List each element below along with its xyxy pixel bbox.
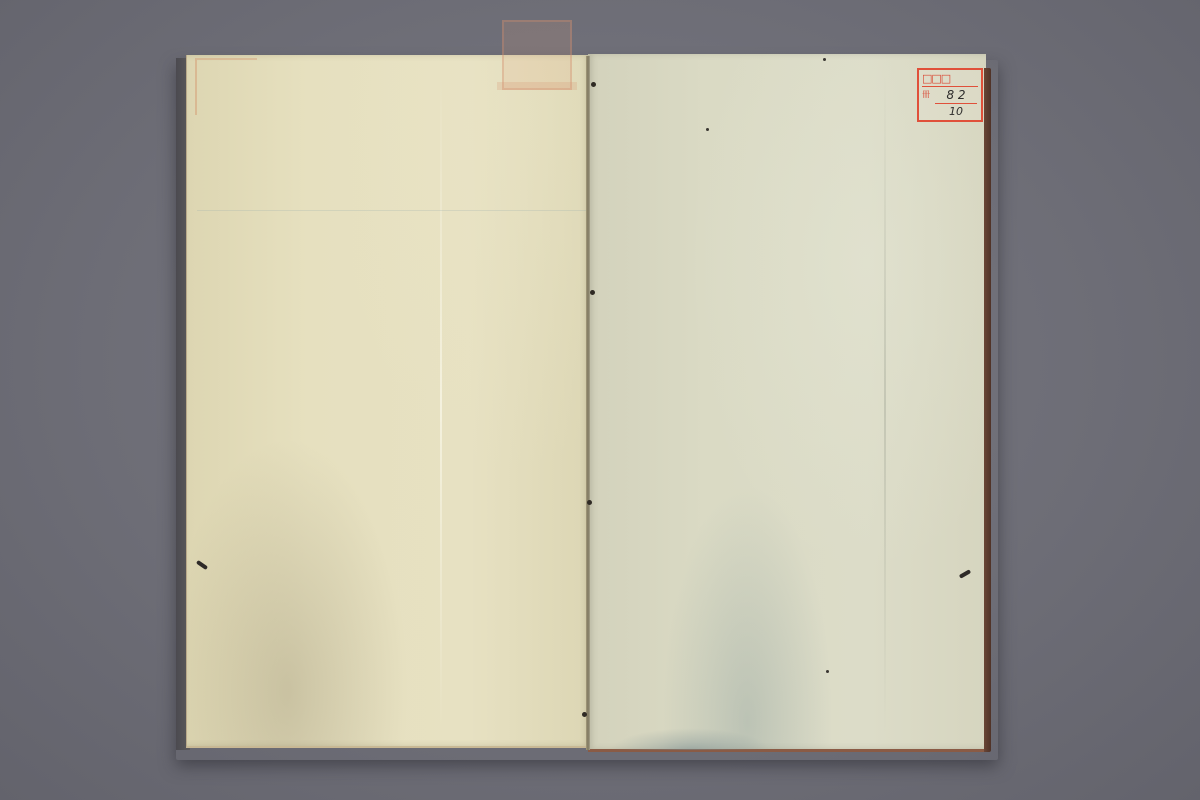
front-cover-edge — [984, 68, 991, 752]
photo-scene: □□□ 冊 8 2 10 — [0, 0, 1200, 800]
binding-stitch — [590, 290, 595, 295]
stamp-call-number: 8 2 — [935, 86, 977, 104]
library-stamp: □□□ 冊 8 2 10 — [917, 68, 983, 122]
right-page — [588, 54, 986, 752]
bleed-through-stamp — [502, 20, 572, 90]
bleed-through-stamp-text — [497, 82, 577, 90]
water-stain — [610, 728, 770, 750]
bleed-through-corner-mark — [195, 58, 257, 115]
binding-stitch — [591, 82, 596, 87]
paper-speck — [826, 670, 829, 673]
right-page-fold — [884, 74, 886, 734]
paper-speck — [823, 58, 826, 61]
left-page-fold — [440, 75, 442, 735]
binding-stitch — [582, 712, 587, 717]
left-page — [186, 55, 590, 748]
binding-stitch — [587, 500, 592, 505]
book-gutter — [586, 56, 590, 750]
stamp-label: 冊 — [922, 89, 930, 100]
paper-speck — [706, 128, 709, 131]
stamp-heading: □□□ — [922, 71, 978, 87]
stamp-volume-number: 10 — [935, 104, 977, 120]
left-page-faint-rule — [197, 210, 587, 211]
